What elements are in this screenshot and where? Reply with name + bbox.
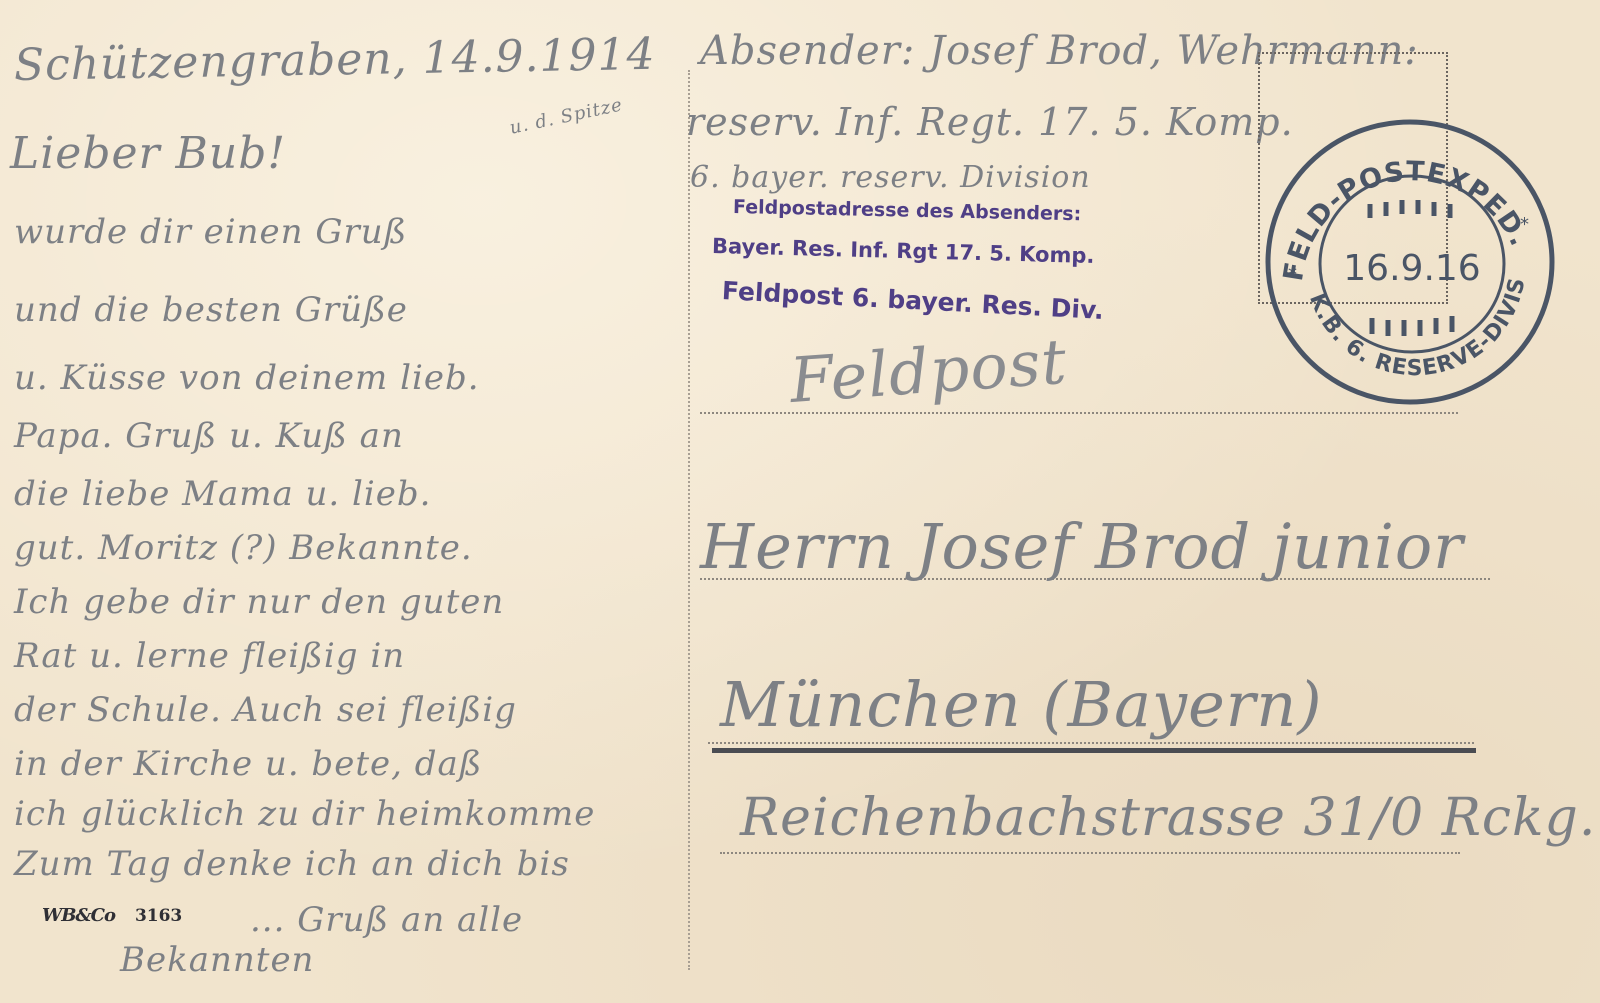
- sender-line-2: reserv. Inf. Regt. 17. 5. Komp.: [686, 100, 1294, 144]
- message-line: Bekannten: [120, 940, 314, 980]
- printer-logo: WB&Co: [42, 905, 115, 926]
- address-line-1: [700, 412, 1458, 414]
- message-line: Zum Tag denke ich an dich bis: [14, 844, 570, 884]
- city-underline-rule: [712, 748, 1476, 753]
- message-line: die liebe Mama u. lieb.: [14, 474, 432, 514]
- address-line-3: [708, 742, 1474, 744]
- sender-line-3: 6. bayer. reserv. Division: [690, 160, 1091, 195]
- postmark-star-left: *: [1288, 264, 1297, 285]
- message-line: Rat u. lerne fleißig in: [14, 636, 405, 676]
- message-line: der Schule. Auch sei fleißig: [14, 690, 517, 730]
- recipient-city: München (Bayern): [720, 668, 1323, 741]
- postmark-star-right: *: [1520, 214, 1529, 235]
- margin-note: u. d. Spitze: [508, 94, 625, 138]
- message-line: Ich gebe dir nur den guten: [14, 582, 504, 622]
- printer-mark: WB&Co 3163: [42, 905, 182, 926]
- message-line: u. Küsse von deinem lieb.: [14, 358, 480, 398]
- service-marking: Feldpost: [787, 325, 1069, 417]
- message-line: ... Gruß an alle: [250, 900, 523, 940]
- salutation: Lieber Bub!: [10, 128, 286, 179]
- place-date: Schützengraben, 14.9.1914: [14, 29, 656, 91]
- sender-stamp-line-2: Bayer. Res. Inf. Rgt 17. 5. Komp.: [712, 234, 1095, 268]
- postmark-date: 16.9.16: [1343, 248, 1480, 289]
- postmark: FELD-POSTEXPED. K.B. 6. RESERVE-DIVISION…: [1262, 112, 1558, 408]
- message-line: wurde dir einen Gruß: [14, 212, 407, 252]
- recipient-name: Herrn Josef Brod junior: [700, 510, 1464, 583]
- message-line: und die besten Grüße: [14, 290, 408, 330]
- sender-stamp-line-1: Feldpostadresse des Absenders:: [733, 196, 1082, 225]
- card-number: 3163: [135, 906, 182, 926]
- recipient-street: Reichenbachstrasse 31/0 Rckg.: [740, 788, 1596, 848]
- message-line: ich glücklich zu dir heimkomme: [14, 794, 595, 834]
- sender-stamp-line-3: Feldpost 6. bayer. Res. Div.: [721, 276, 1104, 325]
- postcard: Schützengraben, 14.9.1914 Lieber Bub! u.…: [0, 0, 1600, 1003]
- address-line-4: [720, 852, 1460, 854]
- message-line: in der Kirche u. bete, daß: [14, 744, 482, 784]
- message-line: gut. Moritz (?) Bekannte.: [14, 528, 473, 568]
- vertical-divider: [688, 70, 690, 970]
- message-line: Papa. Gruß u. Kuß an: [14, 416, 404, 456]
